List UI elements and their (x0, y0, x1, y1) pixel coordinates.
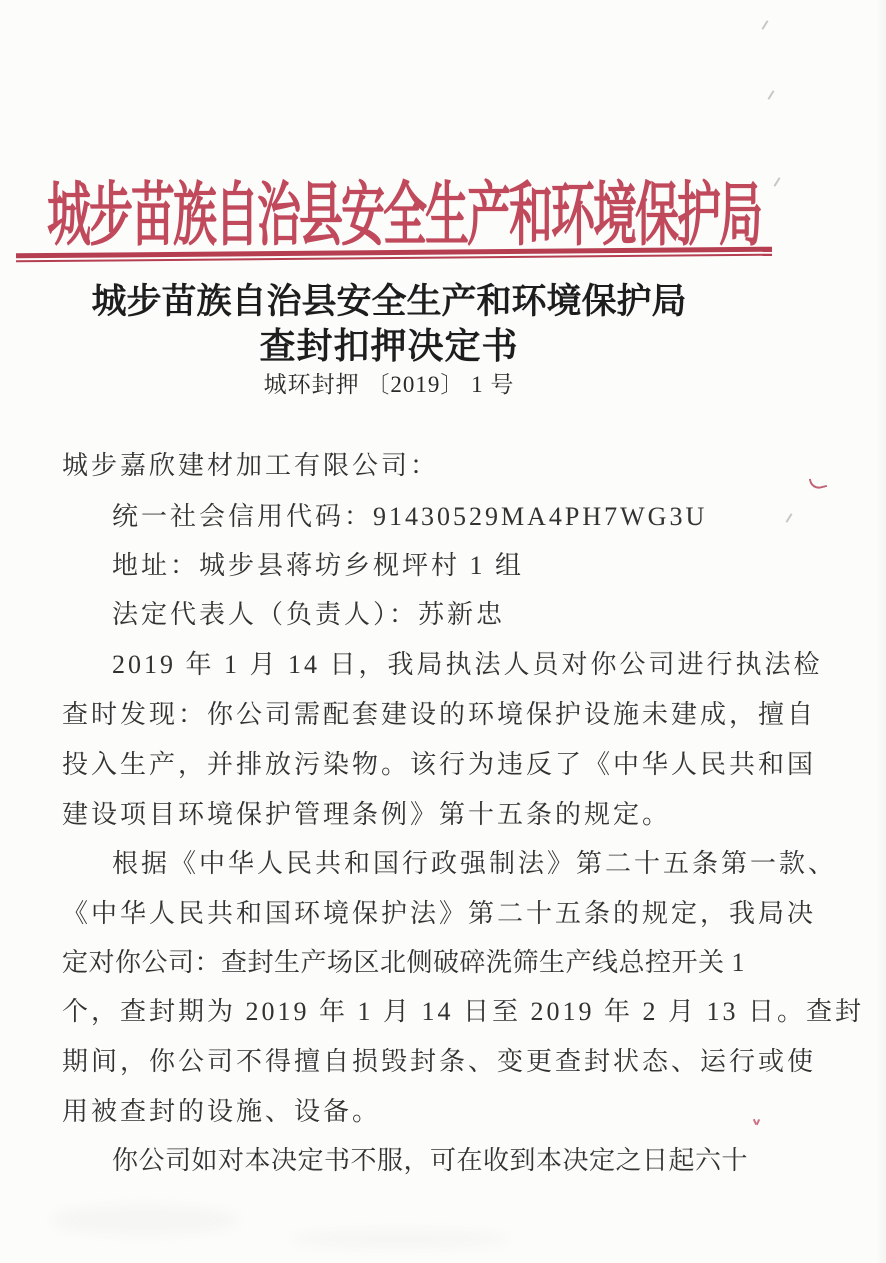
scan-artifact-red-check (753, 1119, 759, 1125)
body-line-para2-2: 《中华人民共和国环境保护法》第二十五条的规定，我局决 (62, 893, 816, 930)
scan-artifact-red-hook (809, 475, 827, 491)
body-line-para1-1: 2019 年 1 月 14 日，我局执法人员对你公司进行执法检 (112, 644, 823, 681)
body-line-address: 地址：城步县蒋坊乡枧坪村 1 组 (112, 545, 524, 582)
scan-artifact-slash-3 (774, 177, 781, 187)
scanned-document-page: 城步苗族自治县安全生产和环境保护局 城步苗族自治县安全生产和环境保护局 查封扣押… (0, 0, 886, 1263)
body-line-para1-4: 建设项目环境保护管理条例》第十五条的规定。 (62, 794, 671, 831)
document-number: 城环封押 〔2019〕 1 号 (0, 366, 778, 399)
scan-artifact-smudge-2 (290, 1230, 510, 1248)
body-line-para2-6: 用被查封的设施、设备。 (62, 1091, 381, 1128)
body-line-para3-1: 你公司如对本决定书不服，可在收到本决定之日起六十 (112, 1140, 748, 1177)
body-line-para1-3: 投入生产，并排放污染物。该行为违反了《中华人民共和国 (62, 744, 816, 781)
body-line-legal-rep: 法定代表人（负责人）：苏新忠 (112, 594, 505, 631)
scan-artifact-slash-2 (768, 90, 775, 100)
body-line-para2-4: 个，查封期为 2019 年 1 月 14 日至 2019 年 2 月 13 日。… (62, 991, 864, 1028)
letterhead-agency-title: 城步苗族自治县安全生产和环境保护局 (46, 158, 762, 259)
body-line-recipient: 城步嘉欣建材加工有限公司： (62, 445, 439, 482)
document-title-type: 查封扣押决定书 (0, 318, 778, 369)
scan-artifact-slash-1 (762, 20, 769, 30)
body-line-para2-1: 根据《中华人民共和国行政强制法》第二十五条第一款、 (112, 843, 837, 880)
scan-artifact-slash-4 (786, 513, 793, 523)
body-line-para2-3: 定对你公司：查封生产场区北侧破碎洗筛生产线总控开关 1 (62, 942, 745, 979)
body-line-credit-code: 统一社会信用代码：91430529MA4PH7WG3U (112, 496, 707, 533)
body-line-para1-2: 查时发现：你公司需配套建设的环境保护设施未建成，擅自 (62, 694, 816, 731)
document-title-agency: 城步苗族自治县安全生产和环境保护局 (0, 274, 778, 324)
scan-artifact-smudge-1 (50, 1205, 240, 1235)
body-line-para2-5: 期间，你公司不得擅自损毁封条、变更查封状态、运行或使 (62, 1041, 816, 1078)
scan-artifact-dot (740, 853, 743, 856)
